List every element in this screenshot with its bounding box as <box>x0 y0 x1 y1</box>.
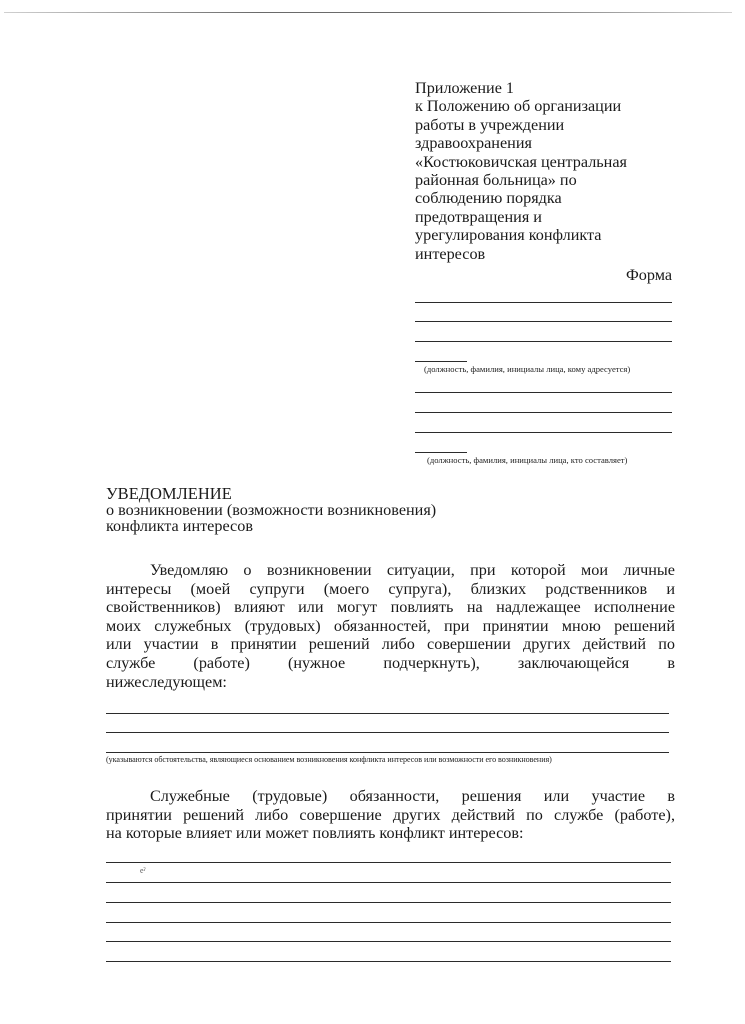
paragraph-line: нижеследующем: <box>106 673 675 692</box>
paragraph-line: службе (работе) (нужное подчеркнуть), за… <box>106 654 675 673</box>
paragraph-line: принятии решений либо совершение других … <box>106 806 675 825</box>
title-subtitle-1: о возникновении (возможности возникновен… <box>106 502 436 518</box>
duties-line-1[interactable] <box>106 862 671 863</box>
appendix-line: к Положению об организации <box>415 97 715 115</box>
appendix-line: урегулирования конфликта <box>415 226 715 244</box>
sender-line-3[interactable] <box>415 432 672 433</box>
paragraph-line: Служебные (трудовые) обязанности, решени… <box>106 787 675 806</box>
addressee-line-3[interactable] <box>415 341 672 342</box>
sender-line-2[interactable] <box>415 412 672 413</box>
sender-line-short[interactable] <box>415 452 467 453</box>
notification-paragraph: Уведомляю о возникновении ситуации, при … <box>106 561 675 691</box>
duties-line-3[interactable] <box>106 902 671 903</box>
addressee-line-2[interactable] <box>415 321 672 322</box>
paragraph-line: свойственников) влияют или могут повлият… <box>106 598 675 617</box>
duties-paragraph: Служебные (трудовые) обязанности, решени… <box>106 787 675 843</box>
paragraph-line: Уведомляю о возникновении ситуации, при … <box>106 561 675 580</box>
duties-line-4[interactable] <box>106 922 671 923</box>
page-top-edge <box>4 12 732 13</box>
paragraph-line: моих служебных (трудовых) обязанностей, … <box>106 617 675 636</box>
appendix-header: Приложение 1 к Положению об организации … <box>415 79 715 263</box>
circumstances-line-1[interactable] <box>106 713 669 714</box>
title-subtitle-2: конфликта интересов <box>106 518 436 534</box>
appendix-line: «Костюковичская центральная <box>415 153 715 171</box>
appendix-line: интересов <box>415 245 715 263</box>
duties-line-6[interactable] <box>106 961 671 962</box>
circumstances-line-3[interactable] <box>106 752 669 753</box>
title-main: УВЕДОМЛЕНИЕ <box>106 486 436 502</box>
paragraph-line: или участии в принятии решений либо сове… <box>106 635 675 654</box>
sender-line-1[interactable] <box>415 392 672 393</box>
appendix-line: здравоохранения <box>415 134 715 152</box>
addressee-caption: (должность, фамилия, инициалы лица, кому… <box>424 364 630 374</box>
sender-caption: (должность, фамилия, инициалы лица, кто … <box>427 455 627 465</box>
form-label: Форма <box>626 266 672 285</box>
paragraph-line: интересы (моей супруги (моего супруга), … <box>106 580 675 599</box>
addressee-line-short[interactable] <box>415 361 467 362</box>
appendix-line: предотвращения и <box>415 208 715 226</box>
scan-artifact-mark: eˀ <box>140 866 146 875</box>
document-title: УВЕДОМЛЕНИЕ о возникновении (возможности… <box>106 486 436 535</box>
appendix-line: районная больница» по <box>415 171 715 189</box>
appendix-line: работы в учреждении <box>415 116 715 134</box>
appendix-line: Приложение 1 <box>415 79 715 97</box>
addressee-line-1[interactable] <box>415 302 672 303</box>
appendix-line: соблюдению порядка <box>415 189 715 207</box>
paragraph-line: на которые влияет или может повлиять кон… <box>106 824 675 843</box>
duties-line-2[interactable] <box>106 882 671 883</box>
duties-line-5[interactable] <box>106 941 671 942</box>
circumstances-line-2[interactable] <box>106 732 669 733</box>
circumstances-caption: (указываются обстоятельства, являющиеся … <box>106 755 552 764</box>
